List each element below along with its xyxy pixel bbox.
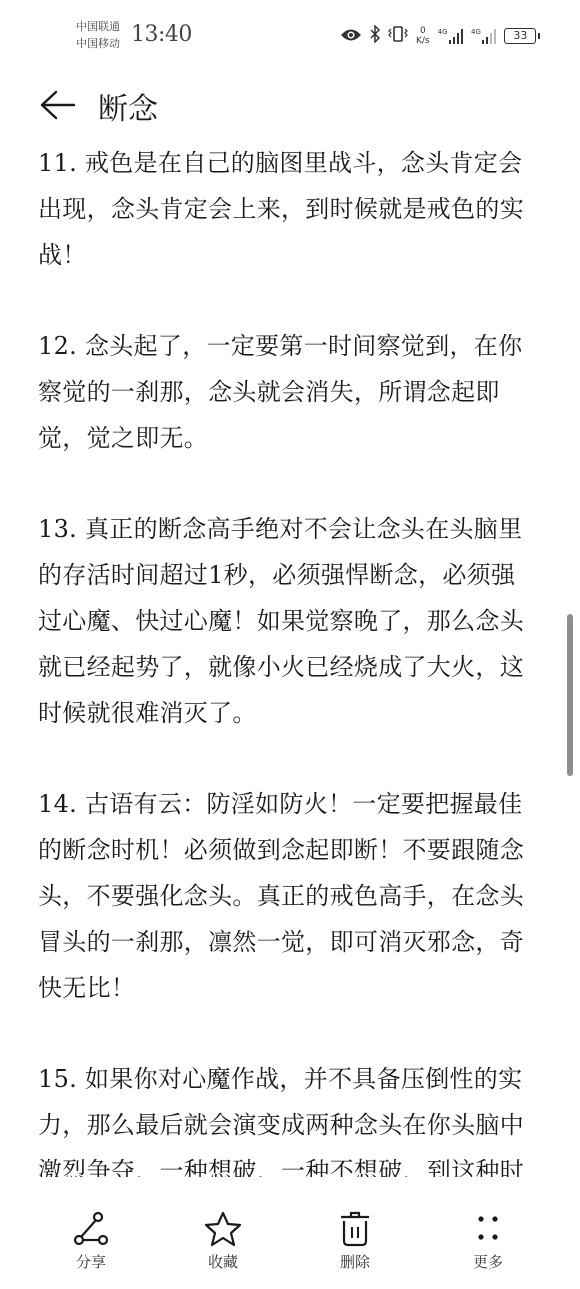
bluetooth-icon [370,25,380,47]
paragraph-12: 12. 念头起了，一定要第一时间察觉到，在你察觉的一刹那，念头就会消失，所谓念起… [38,323,538,461]
status-icons: 0 K/s 4G 4G 33 [340,22,536,50]
page-title: 断念 [98,84,158,128]
delete-button[interactable]: 删除 [310,1211,400,1272]
carrier-1: 中国联通 [76,18,120,35]
carrier-names: 中国联通 中国移动 [76,18,120,52]
title-bar: 断念 [0,80,580,130]
battery-icon: 33 [504,28,536,44]
share-button[interactable]: 分享 [46,1211,136,1272]
trash-icon [335,1211,375,1247]
vibrate-icon [388,25,408,47]
more-dots-icon [468,1211,508,1247]
net-speed: 0 K/s [416,26,430,46]
bottom-action-bar: 分享 收藏 删除 更多 [0,1205,580,1289]
note-content[interactable]: 11. 戒色是在自己的脑图里战斗，念头肯定会出现，念头肯定会上来，到时候就是戒色… [38,140,538,1177]
back-button[interactable] [38,88,76,122]
sim1-signal-icon: 4G [438,28,463,44]
more-button[interactable]: 更多 [443,1211,533,1272]
favorite-button[interactable]: 收藏 [178,1211,268,1272]
carrier-2: 中国移动 [76,35,120,52]
star-icon [203,1211,243,1247]
delete-label: 删除 [310,1251,400,1272]
paragraph-15: 15. 如果你对心魔作战，并不具备压倒性的实力，那么最后就会演变成两种念头在你头… [38,1056,538,1177]
paragraph-14: 14. 古语有云：防淫如防火！一定要把握最佳的断念时机！必须做到念起即断！不要跟… [38,781,538,1011]
paragraph-11: 11. 戒色是在自己的脑图里战斗，念头肯定会出现，念头肯定会上来，到时候就是戒色… [38,140,538,278]
paragraph-13: 13. 真正的断念高手绝对不会让念头在头脑里的存活时间超过1秒，必须强悍断念，必… [38,506,538,736]
clock: 13:40 [131,22,192,47]
status-bar: 中国联通 中国移动 13:40 0 K/s 4G 4G 33 [0,0,580,70]
scrollbar[interactable] [567,614,573,776]
more-label: 更多 [443,1251,533,1272]
sim2-signal-icon: 4G [471,28,496,44]
arrow-left-icon [38,88,76,122]
favorite-label: 收藏 [178,1251,268,1272]
share-icon [71,1211,111,1247]
share-label: 分享 [46,1251,136,1272]
eye-comfort-icon [340,27,362,46]
